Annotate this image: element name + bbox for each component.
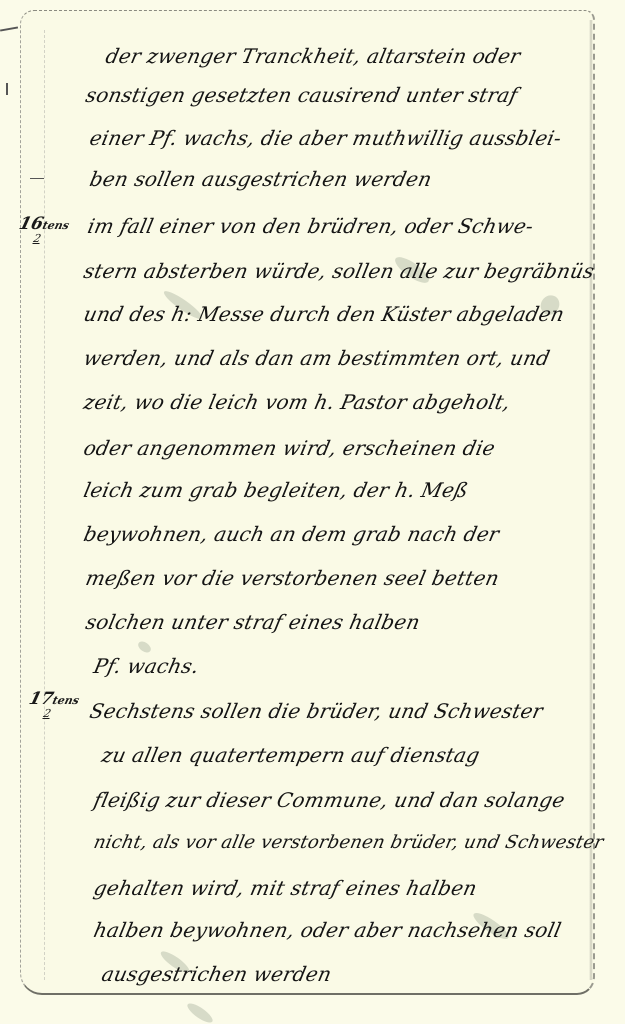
manuscript-line: oder angenommen wird, erscheinen die	[82, 438, 497, 458]
manuscript-line: beywohnen, auch an dem grab nach der	[82, 524, 501, 544]
manuscript-line: halben beywohnen, oder aber nachsehen so…	[92, 920, 563, 940]
manuscript-line: gehalten wird, mit straf eines halben	[92, 878, 479, 898]
manuscript-line: ben sollen ausgestrichen werden	[88, 169, 434, 189]
section-ordinal-suffix: tens	[51, 694, 81, 707]
manuscript-line: Pf. wachs.	[92, 656, 201, 676]
edge-mark	[30, 178, 44, 179]
manuscript-line: werden, und als dan am bestimmten ort, u…	[82, 348, 552, 368]
section-underline-marker: 2	[32, 232, 67, 245]
manuscript-line: einer Pf. wachs, die aber muthwillig aus…	[88, 128, 563, 148]
manuscript-line: zu allen quatertempern auf dienstag	[100, 745, 482, 765]
page-fold-line	[44, 30, 46, 980]
manuscript-line: und des h: Messe durch den Küster abgela…	[82, 304, 566, 324]
section-underline-marker: 2	[42, 707, 77, 720]
manuscript-line: stern absterben würde, sollen alle zur b…	[82, 261, 596, 281]
manuscript-line: zeit, wo die leich vom h. Pastor abgehol…	[82, 392, 512, 412]
edge-mark	[0, 26, 18, 31]
manuscript-line: meßen vor die verstorbenen seel betten	[84, 568, 501, 588]
manuscript-line: ausgestrichen werden	[100, 964, 333, 984]
manuscript-line: nicht, als vor alle verstorbenen brüder,…	[92, 834, 605, 852]
manuscript-line: solchen unter straf eines halben	[84, 612, 422, 632]
manuscript-line: Sechstens sollen die brüder, und Schwest…	[88, 701, 545, 721]
margin-section-number-17: 17tens 2	[24, 689, 82, 720]
manuscript-line: der zwenger Tranckheit, altarstein oder	[104, 46, 522, 66]
manuscript-line: leich zum grab begleiten, der h. Meß	[82, 480, 470, 500]
section-ordinal-suffix: tens	[41, 219, 71, 232]
manuscript-line: fleißig zur dieser Commune, und dan sola…	[92, 790, 567, 810]
margin-section-number-16: 16tens 2	[14, 214, 72, 245]
manuscript-line: sonstigen gesetzten causirend unter stra…	[84, 85, 519, 105]
manuscript-line: im fall einer von den brüdren, oder Schw…	[86, 216, 535, 236]
ink-stain	[185, 1000, 215, 1024]
edge-mark	[6, 83, 8, 95]
